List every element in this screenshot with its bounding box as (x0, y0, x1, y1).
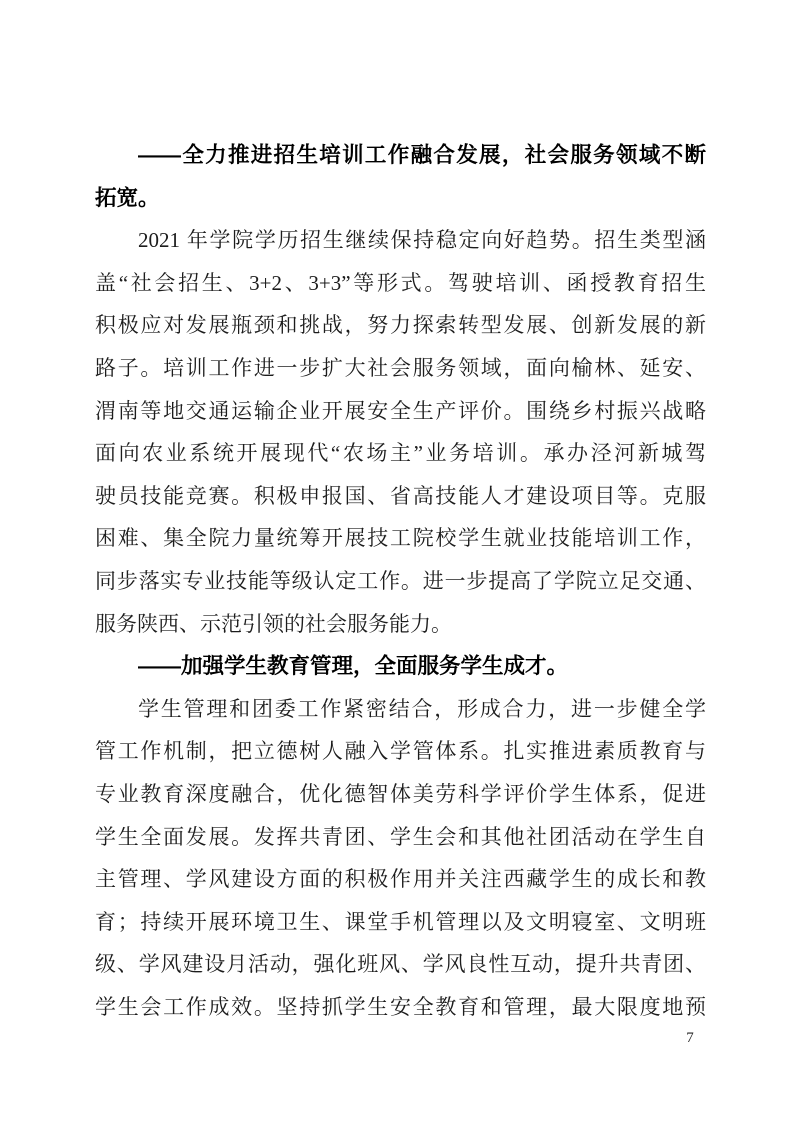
text-line: 学生管理和团委工作紧密结合，形成合力，进一步健全学 (95, 688, 706, 731)
document-page: ——全力推进招生培训工作融合发展，社会服务领域不断拓宽。2021 年学院学历招生… (0, 0, 800, 1131)
text-line: 主管理、学风建设方面的积极作用并关注西藏学生的成长和教 (95, 858, 706, 901)
text-line: 同步落实专业技能等级认定工作。进一步提高了学院立足交通、 (95, 560, 706, 603)
text-line: 管工作机制，把立德树人融入学管体系。扎实推进素质教育与 (95, 730, 706, 773)
paragraph-4: 学生管理和团委工作紧密结合，形成合力，进一步健全学管工作机制，把立德树人融入学管… (95, 688, 706, 1029)
paragraph-2: 2021 年学院学历招生继续保持稳定向好趋势。招生类型涵盖“社会招生、3+2、3… (95, 219, 706, 645)
text-line: 困难、集全院力量统筹开展技工院校学生就业技能培训工作， (95, 517, 706, 560)
text-line: 级、学风建设月活动，强化班风、学风良性互动，提升共青团、 (95, 943, 706, 986)
heading-1: ——全力推进招生培训工作融合发展，社会服务领域不断拓宽。 (95, 134, 706, 219)
text-line: 拓宽。 (95, 177, 706, 220)
text-line: 专业教育深度融合，优化德智体美劳科学评价学生体系，促进 (95, 773, 706, 816)
document-body: ——全力推进招生培训工作融合发展，社会服务领域不断拓宽。2021 年学院学历招生… (95, 134, 706, 1028)
page-number: 7 (680, 1028, 700, 1048)
text-line: 积极应对发展瓶颈和挑战，努力探索转型发展、创新发展的新 (95, 304, 706, 347)
text-line: 服务陕西、示范引领的社会服务能力。 (95, 603, 706, 646)
text-line: ——加强学生教育管理，全面服务学生成才。 (95, 645, 706, 688)
text-line: ——全力推进招生培训工作融合发展，社会服务领域不断 (95, 134, 706, 177)
text-line: 学生全面发展。发挥共青团、学生会和其他社团活动在学生自 (95, 816, 706, 859)
text-line: 路子。培训工作进一步扩大社会服务领域，面向榆林、延安、 (95, 347, 706, 390)
text-line: 盖“社会招生、3+2、3+3”等形式。驾驶培训、函授教育招生 (95, 262, 706, 305)
text-line: 驶员技能竞赛。积极申报国、省高技能人才建设项目等。克服 (95, 475, 706, 518)
text-line: 育；持续开展环境卫生、课堂手机管理以及文明寝室、文明班 (95, 901, 706, 944)
text-line: 面向农业系统开展现代“农场主”业务培训。承办泾河新城驾 (95, 432, 706, 475)
text-line: 2021 年学院学历招生继续保持稳定向好趋势。招生类型涵 (95, 219, 706, 262)
heading-3: ——加强学生教育管理，全面服务学生成才。 (95, 645, 706, 688)
text-line: 学生会工作成效。坚持抓学生安全教育和管理，最大限度地预 (95, 986, 706, 1029)
text-line: 渭南等地交通运输企业开展安全生产评价。围绕乡村振兴战略 (95, 390, 706, 433)
